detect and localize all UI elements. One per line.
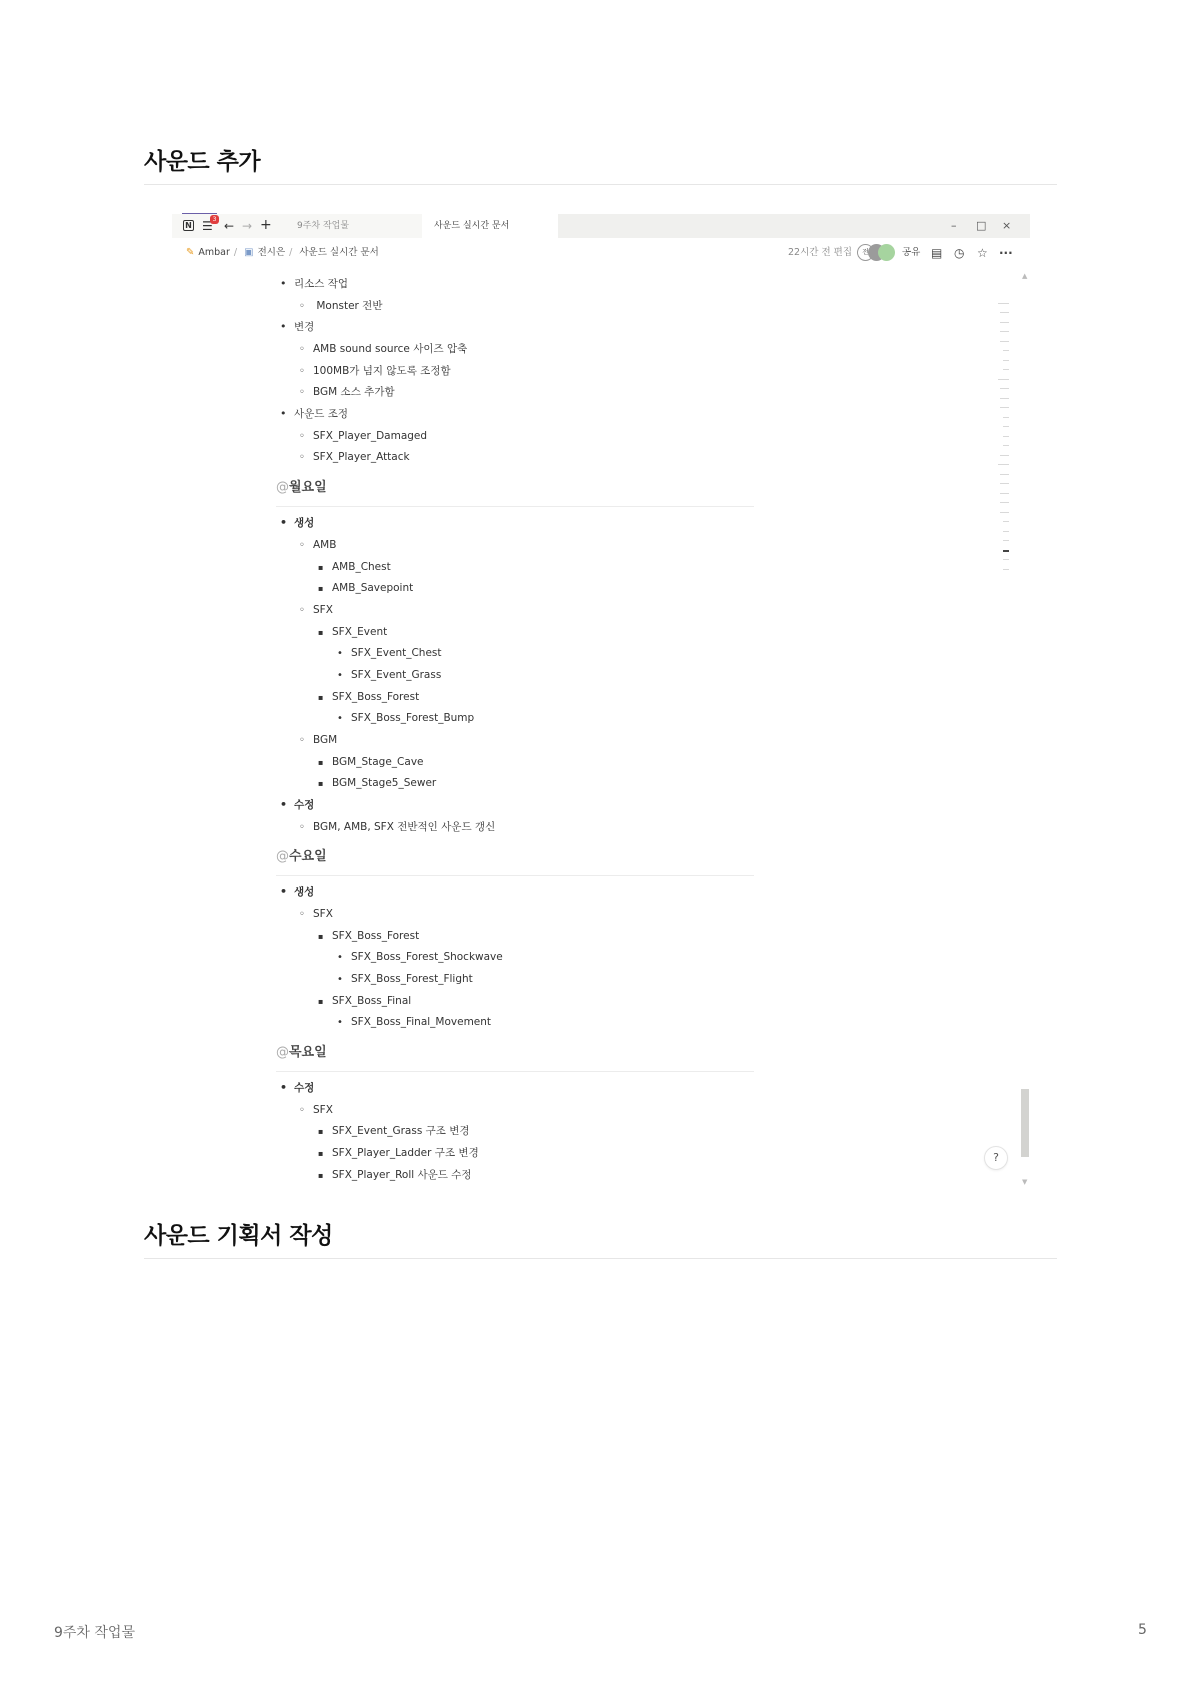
list-item: SFX_Player_Ladder 구조 변경: [318, 1145, 479, 1162]
list-item: SFX_Player_Attack: [299, 449, 410, 466]
list-item: 사운드 조정: [280, 406, 348, 422]
scroll-down-arrow-icon[interactable]: ▼: [1022, 1178, 1027, 1186]
list-item: SFX_Boss_Forest: [318, 928, 419, 945]
new-tab-plus-icon[interactable]: +: [260, 217, 272, 233]
comment-icon[interactable]: ▤: [931, 245, 942, 261]
list-item: 리소스 작업: [280, 276, 348, 292]
breadcrumb-current-page[interactable]: 사운드 실시간 문서: [299, 247, 378, 258]
heading-divider: [144, 1258, 1057, 1259]
day-heading-monday[interactable]: @월요일: [276, 479, 327, 497]
list-item: SFX_Boss_Forest_Bump: [337, 710, 474, 727]
notion-logo-icon[interactable]: N: [183, 220, 194, 231]
breadcrumb-separator: /: [234, 247, 237, 258]
list-item: BGM 소스 추가함: [299, 384, 395, 401]
list-item: BGM_Stage_Cave: [318, 754, 424, 771]
day-heading-wednesday[interactable]: @수요일: [276, 848, 327, 866]
list-item: AMB_Savepoint: [318, 580, 413, 597]
page-number: 5: [1138, 1622, 1147, 1638]
list-item: 변경: [280, 319, 314, 335]
day-divider: [276, 875, 754, 876]
list-item: SFX_Event_Chest: [337, 645, 442, 662]
list-item: SFX_Boss_Final_Movement: [337, 1014, 491, 1031]
list-item: BGM_Stage5_Sewer: [318, 775, 436, 792]
list-item: BGM, AMB, SFX 전반적인 사운드 갱신: [299, 819, 495, 836]
last-edited-text[interactable]: 22시간 전 편집: [788, 245, 852, 261]
list-item: SFX_Boss_Final: [318, 993, 411, 1010]
heading-divider: [144, 184, 1057, 185]
share-button[interactable]: 공유: [902, 245, 920, 261]
list-item: SFX_Event_Grass 구조 변경: [318, 1123, 470, 1140]
list-item: AMB: [299, 537, 336, 554]
close-button[interactable]: ×: [1002, 219, 1011, 232]
list-item: SFX_Event_Grass: [337, 667, 441, 684]
breadcrumb-person[interactable]: 전시은: [258, 247, 286, 258]
list-item: 생성: [280, 884, 314, 900]
pencil-icon: ✎: [186, 247, 194, 258]
window-accent-line: [182, 213, 217, 214]
list-item: SFX_Boss_Forest_Shockwave: [337, 949, 503, 966]
list-item: 수정: [280, 797, 314, 813]
tab-sound-realtime-doc[interactable]: 사운드 실시간 문서: [434, 220, 509, 232]
tab-9week-work[interactable]: 9주차 작업물: [297, 220, 349, 232]
list-item: SFX: [299, 602, 333, 619]
list-item: SFX_Player_Roll 사운드 수정: [318, 1167, 472, 1184]
titlebar-drag-area[interactable]: [558, 214, 1030, 238]
list-item: SFX: [299, 1102, 333, 1119]
star-icon[interactable]: ☆: [977, 245, 988, 261]
breadcrumb: ✎Ambar/ ▣전시은/ 사운드 실시간 문서: [186, 245, 383, 261]
list-item: 생성: [280, 515, 314, 531]
list-item: SFX_Event: [318, 624, 387, 641]
scrollbar-thumb[interactable]: [1021, 1089, 1029, 1157]
list-item: AMB sound source 사이즈 압축: [299, 341, 467, 358]
breadcrumb-separator: /: [289, 247, 292, 258]
breadcrumb-ambar[interactable]: Ambar: [198, 247, 230, 258]
help-button[interactable]: ?: [984, 1146, 1008, 1170]
list-item: AMB_Chest: [318, 559, 391, 576]
footer-doc-title: 9주차 작업물: [54, 1622, 135, 1642]
minimize-button[interactable]: –: [951, 219, 957, 232]
list-item: SFX_Player_Damaged: [299, 428, 427, 445]
list-item: BGM: [299, 732, 337, 749]
more-icon[interactable]: ···: [999, 245, 1013, 261]
list-item: SFX_Boss_Forest_Flight: [337, 971, 473, 988]
notification-badge: 3: [210, 215, 219, 224]
history-icon[interactable]: ◷: [954, 245, 964, 261]
forward-arrow-icon[interactable]: →: [242, 218, 252, 234]
list-item: Monster 전반: [299, 298, 382, 315]
scroll-up-arrow-icon[interactable]: ▲: [1022, 272, 1027, 280]
back-arrow-icon[interactable]: ←: [224, 218, 234, 234]
maximize-button[interactable]: □: [976, 219, 986, 232]
window-titlebar: N ☰ 3 ← → + 9주차 작업물 사운드 실시간 문서 – □ ×: [172, 214, 1030, 238]
list-item: 수정: [280, 1080, 314, 1096]
day-divider: [276, 506, 754, 507]
list-item: SFX: [299, 906, 333, 923]
list-item: 100MB가 넘지 않도록 조정함: [299, 363, 451, 380]
memo-icon: ▣: [244, 247, 253, 258]
day-heading-thursday[interactable]: @목요일: [276, 1044, 327, 1062]
avatar[interactable]: [878, 244, 895, 261]
section-heading-sound-plan: 사운드 기획서 작성: [144, 1217, 333, 1250]
list-item: SFX_Boss_Forest: [318, 689, 419, 706]
embedded-notion-screenshot: N ☰ 3 ← → + 9주차 작업물 사운드 실시간 문서 – □ × ✎Am…: [172, 212, 1030, 1187]
section-heading-sound-add: 사운드 추가: [144, 143, 260, 176]
day-divider: [276, 1071, 754, 1072]
